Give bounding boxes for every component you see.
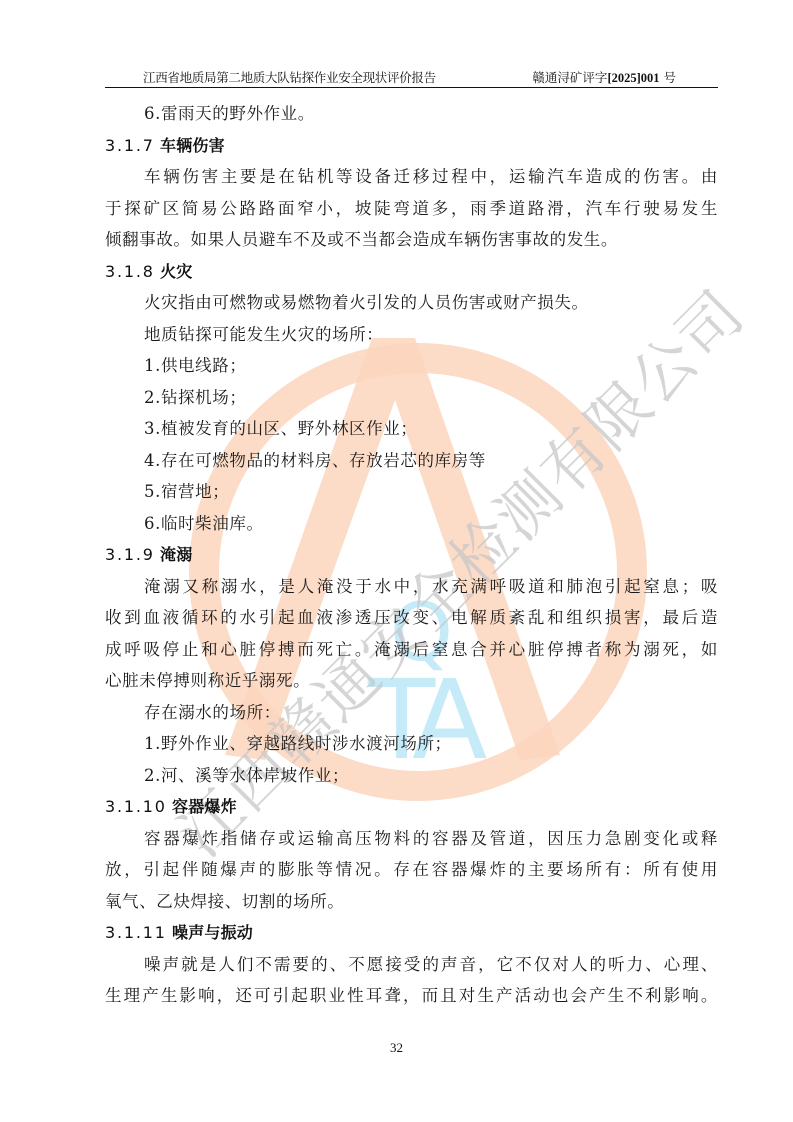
list-item: 1.供电线路； [105, 350, 718, 382]
paragraph-line: 放，引起伴随爆声的膨胀等情况。存在容器爆炸的主要场所有：所有使用 [105, 854, 718, 886]
paragraph-line: 火灾指由可燃物或易燃物着火引发的人员伤害或财产损失。 [105, 287, 718, 319]
section-heading-drowning: 3.1.9 淹溺 [105, 539, 718, 571]
paragraph-line: 容器爆炸指储存或运输高压物料的容器及管道，因压力急剧变化或释 [105, 823, 718, 855]
section-heading-noise-vibration: 3.1.11 噪声与振动 [105, 917, 718, 949]
list-item: 4.存在可燃物品的材料房、存放岩芯的库房等 [105, 445, 718, 477]
paragraph-line: 地质钻探可能发生火灾的场所： [105, 319, 718, 351]
paragraph-line: 车辆伤害主要是在钻机等设备迁移过程中，运输汽车造成的伤害。由 [105, 161, 718, 193]
paragraph-line: 氧气、乙炔焊接、切割的场所。 [105, 886, 718, 918]
paragraph-line: 存在溺水的场所： [105, 697, 718, 729]
paragraph-line: 倾翻事故。如果人员避车不及或不当都会造成车辆伤害事故的发生。 [105, 224, 718, 256]
section-title: 噪声与振动 [172, 923, 253, 942]
section-heading-vehicle-injury: 3.1.7 车辆伤害 [105, 130, 718, 162]
section-number: 3.1.7 [105, 136, 155, 155]
list-item: 6.雷雨天的野外作业。 [105, 98, 718, 130]
document-body: 6.雷雨天的野外作业。 3.1.7 车辆伤害 车辆伤害主要是在钻机等设备迁移过程… [105, 98, 718, 1012]
paragraph-line: 于探矿区简易公路路面窄小，坡陡弯道多，雨季道路滑，汽车行驶易发生 [105, 193, 718, 225]
section-heading-fire: 3.1.8 火灾 [105, 256, 718, 288]
doc-number-suffix: 号 [660, 70, 676, 85]
paragraph-line: 生理产生影响，还可引起职业性耳聋，而且对生产活动也会产生不利影响。 [105, 980, 718, 1012]
doc-number-prefix: 赣通浔矿评字 [532, 70, 607, 85]
page-number: 32 [0, 1040, 793, 1056]
section-heading-vessel-explosion: 3.1.10 容器爆炸 [105, 791, 718, 823]
list-item: 6.临时柴油库。 [105, 508, 718, 540]
list-item: 3.植被发育的山区、野外林区作业； [105, 413, 718, 445]
list-item: 2.河、溪等水体岸坡作业； [105, 760, 718, 792]
section-number: 3.1.11 [105, 923, 167, 942]
paragraph-line: 噪声就是人们不需要的、不愿接受的声音，它不仅对人的听力、心理、 [105, 949, 718, 981]
list-item: 1.野外作业、穿越路线时涉水渡河场所； [105, 728, 718, 760]
section-title: 容器爆炸 [172, 797, 237, 816]
paragraph-line: 淹溺又称溺水，是人淹没于水中，水充满呼吸道和肺泡引起窒息；吸 [105, 571, 718, 603]
list-item: 5.宿营地； [105, 476, 718, 508]
report-title: 江西省地质局第二地质大队钻探作业安全现状评价报告 [143, 68, 436, 86]
section-number: 3.1.10 [105, 797, 167, 816]
section-title: 车辆伤害 [160, 136, 225, 155]
list-item: 2.钻探机场； [105, 382, 718, 414]
page-header: 江西省地质局第二地质大队钻探作业安全现状评价报告 赣通浔矿评字[2025]001… [105, 66, 718, 88]
section-number: 3.1.9 [105, 545, 155, 564]
section-title: 火灾 [160, 262, 192, 281]
paragraph-line: 收到血液循环的水引起血液渗透压改变、电解质紊乱和组织损害，最后造 [105, 602, 718, 634]
paragraph-line: 心脏未停搏则称近乎溺死。 [105, 665, 718, 697]
paragraph-line: 成呼吸停止和心脏停搏而死亡。淹溺后窒息合并心脏停搏者称为溺死，如 [105, 634, 718, 666]
section-number: 3.1.8 [105, 262, 155, 281]
section-title: 淹溺 [160, 545, 192, 564]
doc-number-code: [2025]001 [607, 71, 659, 85]
document-number: 赣通浔矿评字[2025]001 号 [532, 68, 676, 86]
